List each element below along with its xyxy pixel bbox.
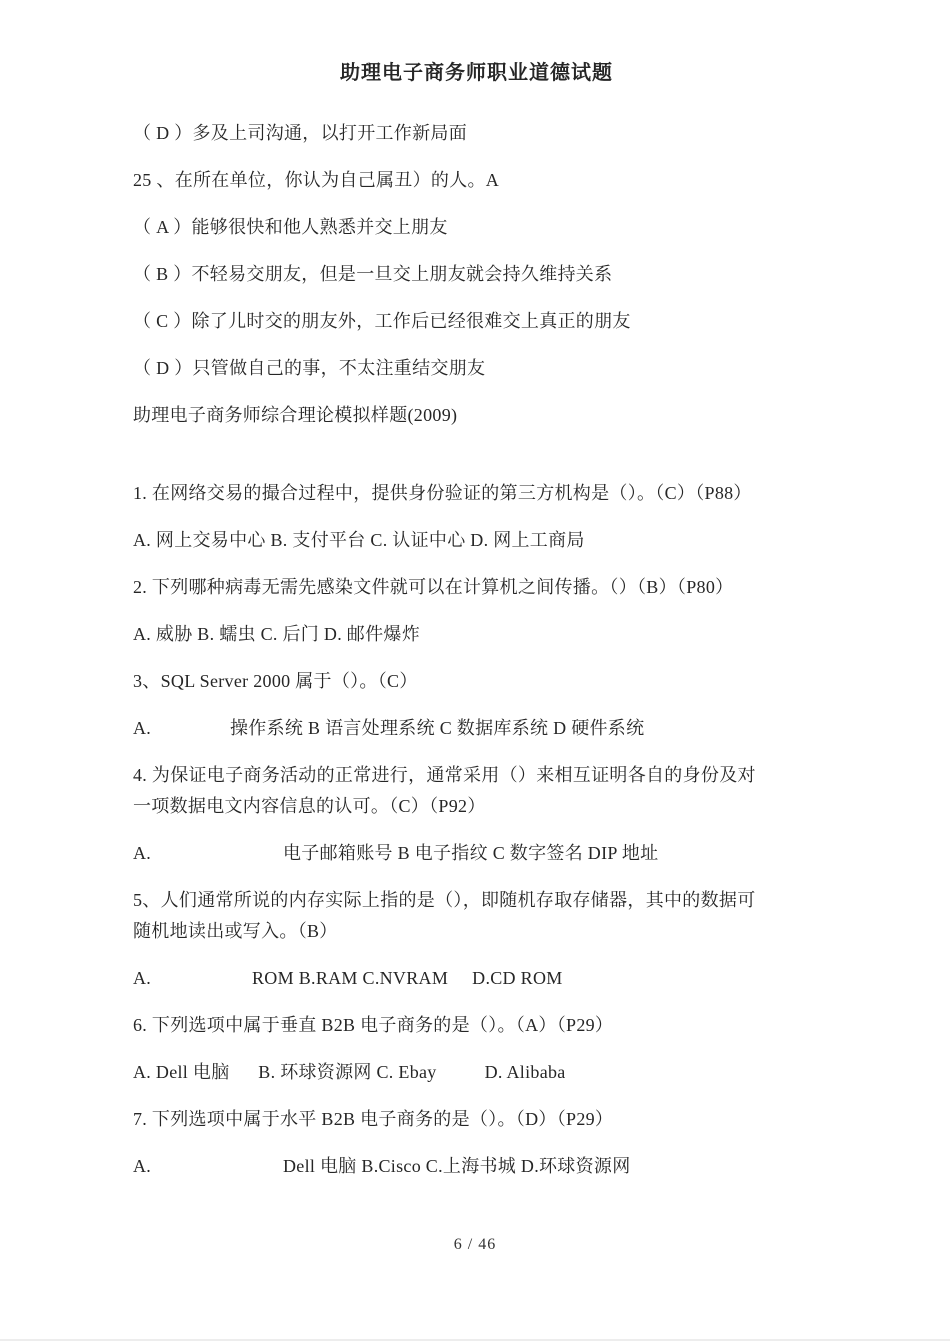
paragraph: 6. 下列选项中属于垂直 B2B 电子商务的是（）。（A）（P29） <box>133 1010 820 1041</box>
paragraph: A. Dell 电脑 B. 环球资源网 C. Ebay D. Alibaba <box>133 1057 820 1088</box>
answer-text: 电子邮箱账号 B 电子指纹 C 数字签名 DIP 地址 <box>283 843 658 863</box>
document-title: 助理电子商务师职业道德试题 <box>133 58 820 88</box>
answer-text: ROM B.RAM C.NVRAM D.CD ROM <box>252 968 563 988</box>
paragraph: 4. 为保证电子商务活动的正常进行，通常采用（）来相互证明各自的身份及对 一项数… <box>133 760 820 822</box>
page-footer: 6 / 46 <box>0 1236 950 1254</box>
paragraph: 2. 下列哪种病毒无需先感染文件就可以在计算机之间传播。（）（B）（P80） <box>133 572 820 603</box>
paragraph: 3、SQL Server 2000 属于（）。（C） <box>133 666 820 697</box>
document-body: （ D ）多及上司沟通，以打开工作新局面25 、在所在单位，你认为自己属丑）的人… <box>133 118 820 1182</box>
section-subtitle: 助理电子商务师综合理论模拟样题(2009) <box>133 400 820 431</box>
answer-line: A.Dell 电脑 B.Cisco C.上海书城 D.环球资源网 <box>133 1151 820 1182</box>
paragraph: （ C ）除了儿时交的朋友外，工作后已经很难交上真正的朋友 <box>133 306 820 337</box>
paragraph: 7. 下列选项中属于水平 B2B 电子商务的是（）。（D）（P29） <box>133 1104 820 1135</box>
paragraph: （ B ）不轻易交朋友，但是一旦交上朋友就会持久维持关系 <box>133 259 820 290</box>
answer-label: A. <box>133 713 230 744</box>
document-page: 助理电子商务师职业道德试题 （ D ）多及上司沟通，以打开工作新局面25 、在所… <box>0 0 950 1341</box>
paragraph: （ D ）多及上司沟通，以打开工作新局面 <box>133 118 820 149</box>
answer-text: 操作系统 B 语言处理系统 C 数据库系统 D 硬件系统 <box>230 718 644 738</box>
answer-line: A.ROM B.RAM C.NVRAM D.CD ROM <box>133 963 820 994</box>
paragraph: 5、人们通常所说的内存实际上指的是（），即随机存取存储器，其中的数据可 随机地读… <box>133 885 820 947</box>
paragraph: （ D ）只管做自己的事，不太注重结交朋友 <box>133 353 820 384</box>
paragraph: （ A ）能够很快和他人熟悉并交上朋友 <box>133 212 820 243</box>
paragraph: 1. 在网络交易的撮合过程中，提供身份验证的第三方机构是（）。（C）（P88） <box>133 478 820 509</box>
answer-line: A.操作系统 B 语言处理系统 C 数据库系统 D 硬件系统 <box>133 713 820 744</box>
paragraph-spacer <box>133 447 820 478</box>
answer-label: A. <box>133 963 252 994</box>
paragraph: A. 网上交易中心 B. 支付平台 C. 认证中心 D. 网上工商局 <box>133 525 820 556</box>
paragraph: A. 威胁 B. 蠕虫 C. 后门 D. 邮件爆炸 <box>133 619 820 650</box>
page-number: 6 / 46 <box>454 1236 496 1253</box>
answer-label: A. <box>133 1151 283 1182</box>
answer-text: Dell 电脑 B.Cisco C.上海书城 D.环球资源网 <box>283 1156 631 1176</box>
answer-line: A.电子邮箱账号 B 电子指纹 C 数字签名 DIP 地址 <box>133 838 820 869</box>
paragraph: 25 、在所在单位，你认为自己属丑）的人。A <box>133 165 820 196</box>
answer-label: A. <box>133 838 283 869</box>
